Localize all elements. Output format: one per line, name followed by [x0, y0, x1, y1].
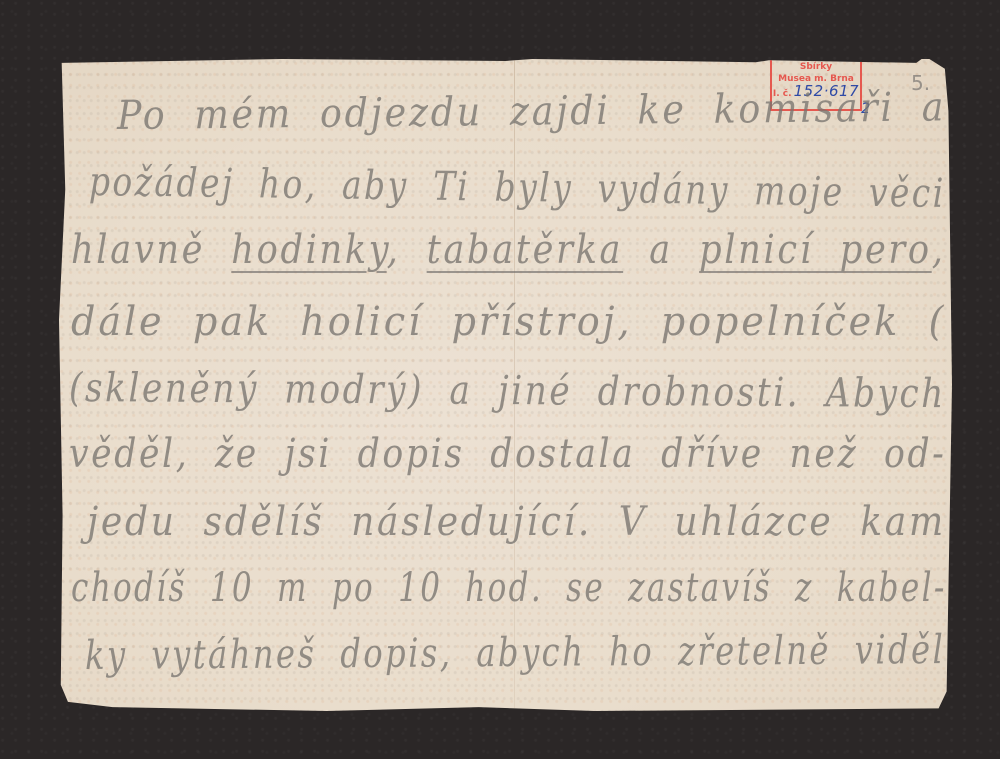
line-3-and: a — [623, 227, 699, 273]
underlined-word-watch: hodinky — [231, 227, 386, 273]
handwritten-line-3: hlavně hodinky, tabatěrka a plnicí pero, — [71, 227, 946, 273]
letter-sheet: Sbírky Musea m. Brna I. č. 152·617 2 5. … — [59, 59, 952, 711]
handwritten-line-8: chodíš 10 m po 10 hod. se zastavíš z kab… — [71, 565, 947, 611]
handwritten-line-6: věděl, že jsi dopis dostala dříve než od… — [69, 431, 946, 477]
line-3-text: hlavně — [71, 227, 231, 273]
handwritten-line-5: (skleněný modrý) a jiné drobnosti. Abych — [69, 365, 946, 417]
line-3-end: , — [932, 227, 946, 273]
handwritten-line-9: ky vytáhneš dopis, abych ho zřetelně vid… — [85, 627, 946, 679]
line-3-comma: , — [387, 227, 427, 273]
underlined-word-tobacco-case: tabatěrka — [427, 227, 624, 273]
handwritten-line-7: jedu sdělíš následující. V uhlázce kam — [87, 499, 946, 545]
handwritten-line-4: dále pak holicí přístroj, popelníček ( — [71, 299, 946, 345]
handwritten-line-1: Po mém odjezdu zajdi ke komisaři a — [117, 84, 947, 139]
underlined-word-fountain-pen: plnicí pero — [699, 227, 932, 273]
handwritten-line-2: požádej ho, aby Ti byly vydány moje věci — [89, 159, 946, 217]
stamp-line-collection: Sbírky — [772, 61, 860, 73]
